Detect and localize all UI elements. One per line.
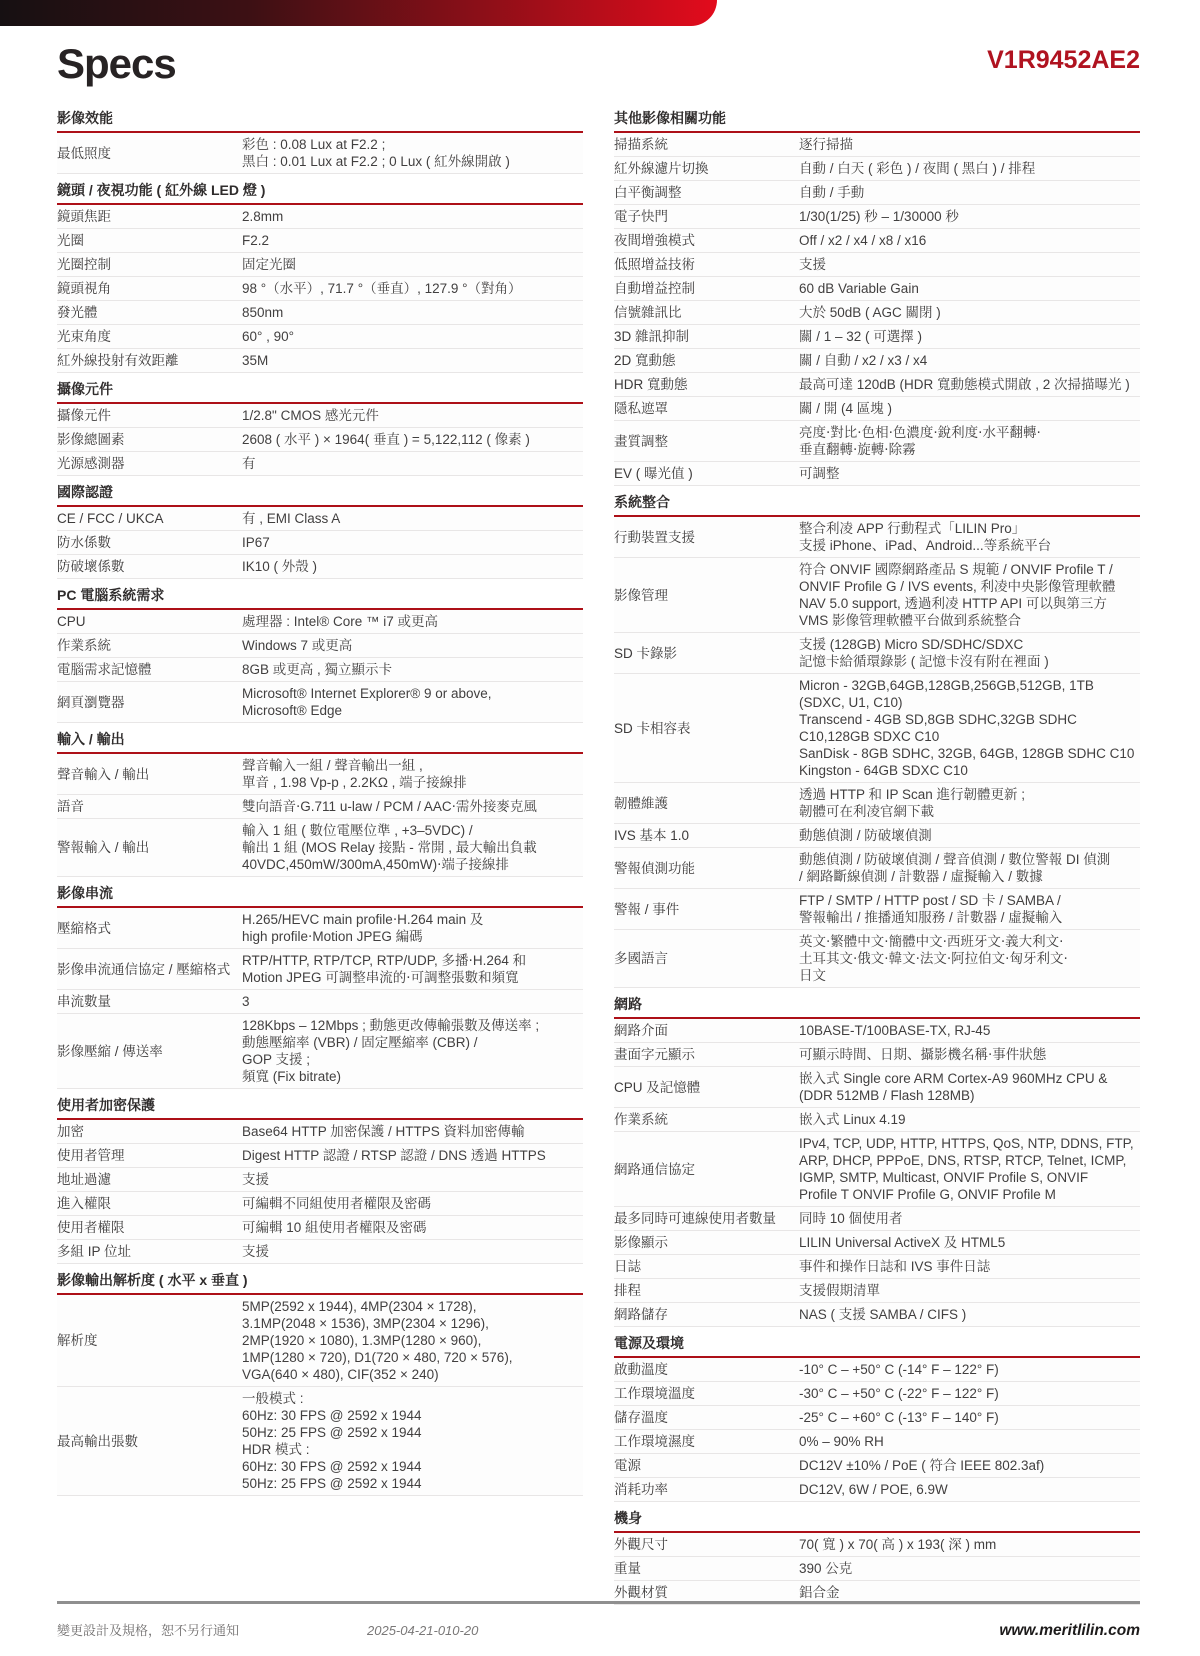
spec-value: 逐行掃描 (799, 136, 1140, 153)
spec-row: 工作環境濕度0% – 90% RH (614, 1430, 1140, 1454)
spec-row: 最高輸出張數一般模式 : 60Hz: 30 FPS @ 2592 x 1944 … (57, 1387, 583, 1496)
spec-columns: 影像效能最低照度彩色 : 0.08 Lux at F2.2 ; 黑白 : 0.0… (0, 86, 1200, 1605)
spec-row: 行動裝置支援整合利凌 APP 行動程式「LILIN Pro」 支援 iPhone… (614, 517, 1140, 558)
spec-label: 電子快門 (614, 208, 799, 225)
spec-value: DC12V ±10% / PoE ( 符合 IEEE 802.3af) (799, 1457, 1140, 1474)
spec-label: 影像管理 (614, 587, 799, 604)
spec-value: 一般模式 : 60Hz: 30 FPS @ 2592 x 1944 50Hz: … (242, 1390, 583, 1492)
spec-label: 聲音輸入 / 輸出 (57, 766, 242, 783)
spec-value: 最高可達 120dB (HDR 寬動態模式開啟 , 2 次掃描曝光 ) (799, 376, 1140, 393)
spec-label: 外觀尺寸 (614, 1536, 799, 1553)
spec-value: 支援 (128GB) Micro SD/SDHC/SDXC 記憶卡給循環錄影 (… (799, 636, 1140, 670)
spec-label: 影像總圖素 (57, 431, 242, 448)
spec-value: Digest HTTP 認證 / RTSP 認證 / DNS 透過 HTTPS (242, 1147, 583, 1164)
spec-value: 可編輯 10 組使用者權限及密碼 (242, 1219, 583, 1236)
spec-row: 警報偵測功能動態偵測 / 防破壞偵測 / 聲音偵測 / 數位警報 DI 偵測 /… (614, 848, 1140, 889)
section-title: 鏡頭 / 夜視功能 ( 紅外線 LED 燈 ) (57, 174, 583, 205)
spec-row: 白平衡調整自動 / 手動 (614, 181, 1140, 205)
spec-row: 排程支援假期清單 (614, 1279, 1140, 1303)
spec-value: Windows 7 或更高 (242, 637, 583, 654)
spec-row: 網路通信協定IPv4, TCP, UDP, HTTP, HTTPS, QoS, … (614, 1132, 1140, 1207)
spec-label: 光圈 (57, 232, 242, 249)
spec-label: 最高輸出張數 (57, 1433, 242, 1450)
spec-value: 60 dB Variable Gain (799, 280, 1140, 297)
spec-row: 警報 / 事件FTP / SMTP / HTTP post / SD 卡 / S… (614, 889, 1140, 930)
spec-value: 英文‧繁體中文‧簡體中文‧西班牙文‧義大利文‧ 土耳其文‧俄文‧韓文‧法文‧阿拉… (799, 933, 1140, 984)
spec-value: 2608 ( 水平 ) × 1964( 垂直 ) = 5,122,112 ( 像… (242, 431, 583, 448)
spec-value: 符合 ONVIF 國際網路產品 S 規範 / ONVIF Profile T /… (799, 561, 1140, 629)
spec-row: 外觀尺寸70( 寬 ) x 70( 高 ) x 193( 深 ) mm (614, 1533, 1140, 1557)
spec-label: 儲存溫度 (614, 1409, 799, 1426)
spec-label: 警報偵測功能 (614, 860, 799, 877)
spec-label: 畫面字元顯示 (614, 1046, 799, 1063)
spec-value: 有 (242, 455, 583, 472)
spec-label: 日誌 (614, 1258, 799, 1275)
spec-label: 使用者權限 (57, 1219, 242, 1236)
spec-row: 加密Base64 HTTP 加密保護 / HTTPS 資料加密傳輸 (57, 1120, 583, 1144)
section-title: 影像串流 (57, 877, 583, 908)
spec-label: 光圈控制 (57, 256, 242, 273)
spec-label: 防破壞係數 (57, 558, 242, 575)
spec-label: 光源感測器 (57, 455, 242, 472)
spec-label: 夜間增強模式 (614, 232, 799, 249)
spec-value: 5MP(2592 x 1944), 4MP(2304 × 1728), 3.1M… (242, 1298, 583, 1383)
spec-value: 動態偵測 / 防破壞偵測 (799, 827, 1140, 844)
spec-row: 語音雙向語音‧G.711 u-law / PCM / AAC‧需外接麥克風 (57, 795, 583, 819)
spec-row: 聲音輸入 / 輸出聲音輸入一組 / 聲音輸出一組 , 單音 , 1.98 Vp-… (57, 754, 583, 795)
spec-label: 韌體維護 (614, 795, 799, 812)
spec-label: CE / FCC / UKCA (57, 510, 242, 527)
spec-value: 35M (242, 352, 583, 369)
spec-column-left: 影像效能最低照度彩色 : 0.08 Lux at F2.2 ; 黑白 : 0.0… (57, 102, 583, 1496)
spec-row: CPU處理器 : Intel® Core ™ i7 或更高 (57, 610, 583, 634)
spec-row: 最低照度彩色 : 0.08 Lux at F2.2 ; 黑白 : 0.01 Lu… (57, 133, 583, 174)
spec-label: 作業系統 (614, 1111, 799, 1128)
spec-label: 影像壓縮 / 傳送率 (57, 1043, 242, 1060)
spec-value: 支援假期清單 (799, 1282, 1140, 1299)
spec-value: 嵌入式 Linux 4.19 (799, 1111, 1140, 1128)
spec-value: IP67 (242, 534, 583, 551)
spec-row: 重量390 公克 (614, 1557, 1140, 1581)
spec-row: 儲存溫度-25° C – +60° C (-13° F – 140° F) (614, 1406, 1140, 1430)
spec-value: 70( 寬 ) x 70( 高 ) x 193( 深 ) mm (799, 1536, 1140, 1553)
spec-value: RTP/HTTP, RTP/TCP, RTP/UDP, 多播‧H.264 和 M… (242, 952, 583, 986)
spec-row: 信號雜訊比大於 50dB ( AGC 關閉 ) (614, 301, 1140, 325)
spec-label: 啟動溫度 (614, 1361, 799, 1378)
section-title: 電源及環境 (614, 1327, 1140, 1358)
spec-value: 390 公克 (799, 1560, 1140, 1577)
spec-row: 串流數量3 (57, 990, 583, 1014)
spec-value: -25° C – +60° C (-13° F – 140° F) (799, 1409, 1140, 1426)
spec-label: 影像串流通信協定 / 壓縮格式 (57, 961, 242, 978)
spec-label: 最多同時可連線使用者數量 (614, 1210, 799, 1227)
spec-label: 作業系統 (57, 637, 242, 654)
footer-note: 變更設計及規格，恕不另行通知 (57, 1620, 367, 1639)
spec-value: 支援 (242, 1171, 583, 1188)
spec-value: 1/2.8" CMOS 感光元件 (242, 407, 583, 424)
spec-row: 攝像元件1/2.8" CMOS 感光元件 (57, 404, 583, 428)
spec-row: 3D 雜訊抑制關 / 1 – 32 ( 可選擇 ) (614, 325, 1140, 349)
spec-label: 壓縮格式 (57, 920, 242, 937)
spec-value: 嵌入式 Single core ARM Cortex-A9 960MHz CPU… (799, 1070, 1140, 1104)
spec-row: 網路介面10BASE-T/100BASE-TX, RJ-45 (614, 1019, 1140, 1043)
spec-row: 夜間增強模式Off / x2 / x4 / x8 / x16 (614, 229, 1140, 253)
spec-value: 彩色 : 0.08 Lux at F2.2 ; 黑白 : 0.01 Lux at… (242, 136, 583, 170)
spec-label: 電源 (614, 1457, 799, 1474)
spec-label: 多組 IP 位址 (57, 1243, 242, 1260)
spec-value: 透過 HTTP 和 IP Scan 進行韌體更新 ; 韌體可在利凌官網下載 (799, 786, 1140, 820)
spec-row: 警報輸入 / 輸出輸入 1 組 ( 數位電壓位準 , +3–5VDC) / 輸出… (57, 819, 583, 877)
page-footer: 變更設計及規格，恕不另行通知 2025-04-21-010-20 www.mer… (57, 1601, 1140, 1640)
spec-label: SD 卡相容表 (614, 720, 799, 737)
spec-value: 支援 (799, 256, 1140, 273)
spec-label: 工作環境濕度 (614, 1433, 799, 1450)
spec-label: HDR 寬動態 (614, 376, 799, 393)
section-title: PC 電腦系統需求 (57, 579, 583, 610)
spec-row: EV ( 曝光值 )可調整 (614, 462, 1140, 486)
spec-value: 亮度‧對比‧色相‧色濃度‧銳利度‧水平翻轉‧ 垂直翻轉‧旋轉‧除霧 (799, 424, 1140, 458)
spec-label: 3D 雜訊抑制 (614, 328, 799, 345)
spec-row: 掃描系統逐行掃描 (614, 133, 1140, 157)
spec-row: 電子快門1/30(1/25) 秒 – 1/30000 秒 (614, 205, 1140, 229)
spec-row: HDR 寬動態最高可達 120dB (HDR 寬動態模式開啟 , 2 次掃描曝光… (614, 373, 1140, 397)
spec-value: H.265/HEVC main profile‧H.264 main 及 hig… (242, 911, 583, 945)
spec-row: CE / FCC / UKCA有 , EMI Class A (57, 507, 583, 531)
spec-value: 關 / 1 – 32 ( 可選擇 ) (799, 328, 1140, 345)
spec-row: 工作環境溫度-30° C – +50° C (-22° F – 122° F) (614, 1382, 1140, 1406)
spec-label: 消耗功率 (614, 1481, 799, 1498)
spec-value: 同時 10 個使用者 (799, 1210, 1140, 1227)
spec-value: 自動 / 白天 ( 彩色 ) / 夜間 ( 黑白 ) / 排程 (799, 160, 1140, 177)
spec-label: EV ( 曝光值 ) (614, 465, 799, 482)
spec-label: 攝像元件 (57, 407, 242, 424)
spec-row: 鏡頭焦距2.8mm (57, 205, 583, 229)
spec-label: 重量 (614, 1560, 799, 1577)
spec-row: 影像顯示LILIN Universal ActiveX 及 HTML5 (614, 1231, 1140, 1255)
spec-label: 信號雜訊比 (614, 304, 799, 321)
spec-row: 自動增益控制60 dB Variable Gain (614, 277, 1140, 301)
spec-label: 光束角度 (57, 328, 242, 345)
spec-value: 可調整 (799, 465, 1140, 482)
spec-value: NAS ( 支援 SAMBA / CIFS ) (799, 1306, 1140, 1323)
spec-label: 發光體 (57, 304, 242, 321)
spec-value: Off / x2 / x4 / x8 / x16 (799, 232, 1140, 249)
spec-label: 警報輸入 / 輸出 (57, 839, 242, 856)
spec-row: 光源感測器有 (57, 452, 583, 476)
section-title: 國際認證 (57, 476, 583, 507)
spec-row: 發光體850nm (57, 301, 583, 325)
spec-row: 地址過濾支援 (57, 1168, 583, 1192)
spec-row: 韌體維護透過 HTTP 和 IP Scan 進行韌體更新 ; 韌體可在利凌官網下… (614, 783, 1140, 824)
spec-row: 作業系統嵌入式 Linux 4.19 (614, 1108, 1140, 1132)
spec-value: Microsoft® Internet Explorer® 9 or above… (242, 685, 583, 719)
spec-label: 電腦需求記憶體 (57, 661, 242, 678)
spec-value: -30° C – +50° C (-22° F – 122° F) (799, 1385, 1140, 1402)
spec-label: 網路儲存 (614, 1306, 799, 1323)
spec-row: 畫面字元顯示可顯示時間、日期、攝影機名稱‧事件狀態 (614, 1043, 1140, 1067)
spec-label: 語音 (57, 798, 242, 815)
spec-value: F2.2 (242, 232, 583, 249)
spec-row: 多國語言英文‧繁體中文‧簡體中文‧西班牙文‧義大利文‧ 土耳其文‧俄文‧韓文‧法… (614, 930, 1140, 988)
spec-value: Micron - 32GB,64GB,128GB,256GB,512GB, 1T… (799, 677, 1140, 779)
spec-label: 排程 (614, 1282, 799, 1299)
spec-row: 日誌事件和操作日誌和 IVS 事件日誌 (614, 1255, 1140, 1279)
section-title: 影像效能 (57, 102, 583, 133)
spec-row: 鏡頭視角98 °（水平）, 71.7 °（垂直）, 127.9 °（對角） (57, 277, 583, 301)
spec-label: 使用者管理 (57, 1147, 242, 1164)
section-title: 使用者加密保護 (57, 1089, 583, 1120)
spec-row: 紅外線投射有效距離35M (57, 349, 583, 373)
spec-row: 光圈F2.2 (57, 229, 583, 253)
spec-row: 隱私遮罩關 / 開 (4 區塊 ) (614, 397, 1140, 421)
spec-value: 輸入 1 組 ( 數位電壓位準 , +3–5VDC) / 輸出 1 組 (MOS… (242, 822, 583, 873)
spec-label: 鏡頭焦距 (57, 208, 242, 225)
spec-row: 電腦需求記憶體8GB 或更高 , 獨立顯示卡 (57, 658, 583, 682)
spec-row: 影像串流通信協定 / 壓縮格式RTP/HTTP, RTP/TCP, RTP/UD… (57, 949, 583, 990)
spec-row: 紅外線濾片切換自動 / 白天 ( 彩色 ) / 夜間 ( 黑白 ) / 排程 (614, 157, 1140, 181)
spec-value: IPv4, TCP, UDP, HTTP, HTTPS, QoS, NTP, D… (799, 1135, 1140, 1203)
spec-label: 紅外線濾片切換 (614, 160, 799, 177)
section-title: 影像輸出解析度 ( 水平 x 垂直 ) (57, 1264, 583, 1295)
section-title: 輸入 / 輸出 (57, 723, 583, 754)
spec-label: 網路介面 (614, 1022, 799, 1039)
spec-value: 關 / 開 (4 區塊 ) (799, 400, 1140, 417)
footer-website: www.meritlilin.com (999, 1622, 1140, 1640)
spec-label: 掃描系統 (614, 136, 799, 153)
spec-row: 光圈控制固定光圈 (57, 253, 583, 277)
spec-label: CPU 及記憶體 (614, 1079, 799, 1096)
spec-value: 大於 50dB ( AGC 關閉 ) (799, 304, 1140, 321)
spec-label: 地址過濾 (57, 1171, 242, 1188)
spec-value: 1/30(1/25) 秒 – 1/30000 秒 (799, 208, 1140, 225)
spec-label: 外觀材質 (614, 1584, 799, 1601)
spec-label: 紅外線投射有效距離 (57, 352, 242, 369)
section-title: 其他影像相關功能 (614, 102, 1140, 133)
spec-value: 動態偵測 / 防破壞偵測 / 聲音偵測 / 數位警報 DI 偵測 / 網路斷線偵… (799, 851, 1140, 885)
spec-value: IK10 ( 外殼 ) (242, 558, 583, 575)
spec-label: 2D 寬動態 (614, 352, 799, 369)
spec-row: 作業系統Windows 7 或更高 (57, 634, 583, 658)
spec-label: CPU (57, 613, 242, 630)
spec-label: 畫質調整 (614, 433, 799, 450)
spec-value: 關 / 自動 / x2 / x3 / x4 (799, 352, 1140, 369)
section-title: 系統整合 (614, 486, 1140, 517)
spec-value: 處理器 : Intel® Core ™ i7 或更高 (242, 613, 583, 630)
spec-row: 防水係數IP67 (57, 531, 583, 555)
spec-row: 電源DC12V ±10% / PoE ( 符合 IEEE 802.3af) (614, 1454, 1140, 1478)
spec-value: 8GB 或更高 , 獨立顯示卡 (242, 661, 583, 678)
section-title: 機身 (614, 1502, 1140, 1533)
spec-value: 2.8mm (242, 208, 583, 225)
spec-value: 可顯示時間、日期、攝影機名稱‧事件狀態 (799, 1046, 1140, 1063)
spec-row: 影像總圖素2608 ( 水平 ) × 1964( 垂直 ) = 5,122,11… (57, 428, 583, 452)
spec-value: 聲音輸入一組 / 聲音輸出一組 , 單音 , 1.98 Vp-p , 2.2KΩ… (242, 757, 583, 791)
spec-row: 低照增益技術支援 (614, 253, 1140, 277)
section-title: 網路 (614, 988, 1140, 1019)
spec-label: 網頁瀏覽器 (57, 694, 242, 711)
spec-label: 自動增益控制 (614, 280, 799, 297)
spec-row: SD 卡相容表Micron - 32GB,64GB,128GB,256GB,51… (614, 674, 1140, 783)
spec-row: 壓縮格式H.265/HEVC main profile‧H.264 main 及… (57, 908, 583, 949)
spec-value: LILIN Universal ActiveX 及 HTML5 (799, 1234, 1140, 1251)
spec-value: 事件和操作日誌和 IVS 事件日誌 (799, 1258, 1140, 1275)
footer-doc-number: 2025-04-21-010-20 (367, 1623, 999, 1638)
spec-value: 850nm (242, 304, 583, 321)
spec-value: 60° , 90° (242, 328, 583, 345)
spec-row: 最多同時可連線使用者數量同時 10 個使用者 (614, 1207, 1140, 1231)
spec-row: 多組 IP 位址支援 (57, 1240, 583, 1264)
spec-row: IVS 基本 1.0動態偵測 / 防破壞偵測 (614, 824, 1140, 848)
spec-row: 網頁瀏覽器Microsoft® Internet Explorer® 9 or … (57, 682, 583, 723)
spec-label: 鏡頭視角 (57, 280, 242, 297)
product-code: V1R9452AE2 (987, 46, 1140, 75)
spec-row: 使用者管理Digest HTTP 認證 / RTSP 認證 / DNS 透過 H… (57, 1144, 583, 1168)
spec-value: 可編輯不同組使用者權限及密碼 (242, 1195, 583, 1212)
spec-row: 影像管理符合 ONVIF 國際網路產品 S 規範 / ONVIF Profile… (614, 558, 1140, 633)
header-banner-graphic (0, 0, 717, 26)
spec-row: 網路儲存NAS ( 支援 SAMBA / CIFS ) (614, 1303, 1140, 1327)
spec-label: 加密 (57, 1123, 242, 1140)
spec-label: 警報 / 事件 (614, 901, 799, 918)
spec-label: 最低照度 (57, 145, 242, 162)
spec-value: 3 (242, 993, 583, 1010)
spec-label: 影像顯示 (614, 1234, 799, 1251)
spec-column-right: 其他影像相關功能掃描系統逐行掃描紅外線濾片切換自動 / 白天 ( 彩色 ) / … (614, 102, 1140, 1605)
spec-row: 光束角度60° , 90° (57, 325, 583, 349)
spec-label: SD 卡錄影 (614, 645, 799, 662)
spec-row: 畫質調整亮度‧對比‧色相‧色濃度‧銳利度‧水平翻轉‧ 垂直翻轉‧旋轉‧除霧 (614, 421, 1140, 462)
spec-row: 使用者權限可編輯 10 組使用者權限及密碼 (57, 1216, 583, 1240)
spec-value: 支援 (242, 1243, 583, 1260)
spec-sheet-page: Specs V1R9452AE2 影像效能最低照度彩色 : 0.08 Lux a… (0, 0, 1200, 1605)
spec-value: 整合利凌 APP 行動程式「LILIN Pro」 支援 iPhone、iPad、… (799, 520, 1140, 554)
spec-label: IVS 基本 1.0 (614, 827, 799, 844)
spec-value: 固定光圈 (242, 256, 583, 273)
spec-value: 自動 / 手動 (799, 184, 1140, 201)
spec-value: 10BASE-T/100BASE-TX, RJ-45 (799, 1022, 1140, 1039)
spec-row: SD 卡錄影支援 (128GB) Micro SD/SDHC/SDXC 記憶卡給… (614, 633, 1140, 674)
spec-row: 2D 寬動態關 / 自動 / x2 / x3 / x4 (614, 349, 1140, 373)
spec-value: 0% – 90% RH (799, 1433, 1140, 1450)
spec-value: 雙向語音‧G.711 u-law / PCM / AAC‧需外接麥克風 (242, 798, 583, 815)
spec-label: 多國語言 (614, 950, 799, 967)
page-title: Specs (57, 42, 176, 86)
spec-label: 工作環境溫度 (614, 1385, 799, 1402)
spec-label: 解析度 (57, 1332, 242, 1349)
spec-row: 影像壓縮 / 傳送率128Kbps – 12Mbps ; 動態更改傳輸張數及傳送… (57, 1014, 583, 1089)
spec-label: 網路通信協定 (614, 1161, 799, 1178)
spec-row: 啟動溫度-10° C – +50° C (-14° F – 122° F) (614, 1358, 1140, 1382)
spec-value: DC12V, 6W / POE, 6.9W (799, 1481, 1140, 1498)
footer-divider (57, 1601, 1140, 1604)
spec-value: Base64 HTTP 加密保護 / HTTPS 資料加密傳輸 (242, 1123, 583, 1140)
spec-value: FTP / SMTP / HTTP post / SD 卡 / SAMBA / … (799, 892, 1140, 926)
spec-label: 行動裝置支援 (614, 529, 799, 546)
spec-label: 低照增益技術 (614, 256, 799, 273)
spec-row: 解析度5MP(2592 x 1944), 4MP(2304 × 1728), 3… (57, 1295, 583, 1387)
spec-row: 消耗功率DC12V, 6W / POE, 6.9W (614, 1478, 1140, 1502)
spec-row: 防破壞係數IK10 ( 外殼 ) (57, 555, 583, 579)
spec-label: 隱私遮罩 (614, 400, 799, 417)
spec-value: 128Kbps – 12Mbps ; 動態更改傳輸張數及傳送率 ; 動態壓縮率 … (242, 1017, 583, 1085)
spec-value: -10° C – +50° C (-14° F – 122° F) (799, 1361, 1140, 1378)
spec-row: CPU 及記憶體嵌入式 Single core ARM Cortex-A9 96… (614, 1067, 1140, 1108)
spec-row: 進入權限可編輯不同組使用者權限及密碼 (57, 1192, 583, 1216)
spec-label: 防水係數 (57, 534, 242, 551)
section-title: 攝像元件 (57, 373, 583, 404)
spec-value: 98 °（水平）, 71.7 °（垂直）, 127.9 °（對角） (242, 280, 583, 297)
spec-label: 串流數量 (57, 993, 242, 1010)
spec-label: 白平衡調整 (614, 184, 799, 201)
spec-label: 進入權限 (57, 1195, 242, 1212)
spec-value: 鋁合金 (799, 1584, 1140, 1601)
spec-value: 有 , EMI Class A (242, 510, 583, 527)
